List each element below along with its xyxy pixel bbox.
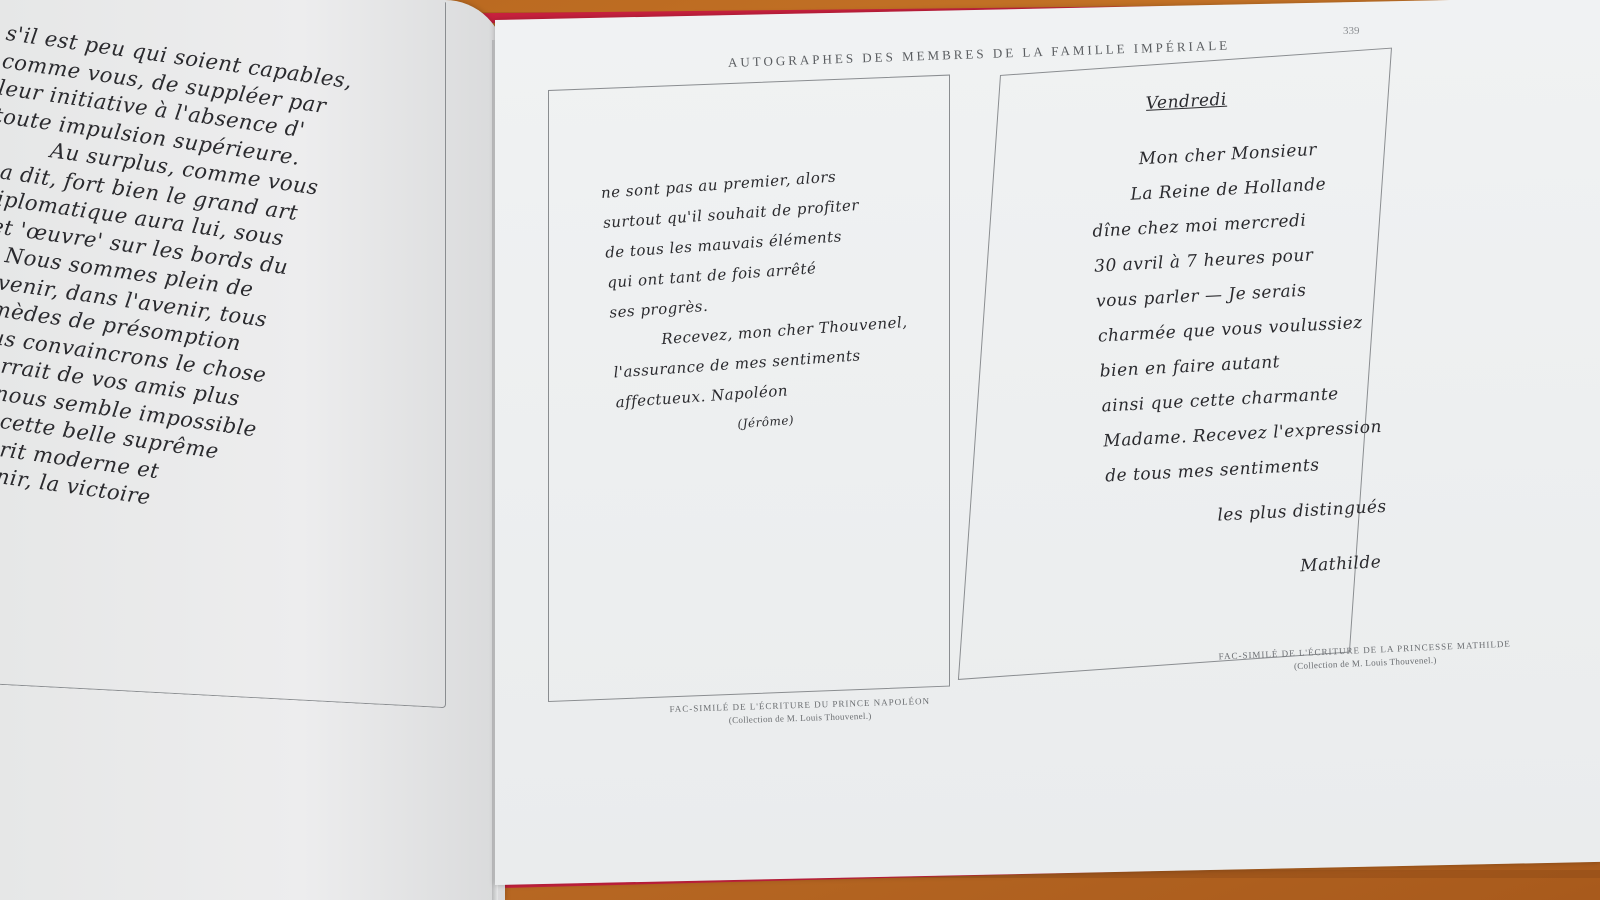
facsimile-handwriting-napoleon: ne sont pas au premier, alors surtout qu… [600, 157, 915, 447]
handwriting-line: les plus distingués [1107, 490, 1388, 540]
page-number: 339 [1343, 25, 1360, 37]
facsimile-handwriting-mathilde: Vendredi Mon cher Monsieur La Reine de H… [1085, 75, 1390, 594]
left-page: s'il est peu qui soient capables, comme … [0, 0, 505, 900]
